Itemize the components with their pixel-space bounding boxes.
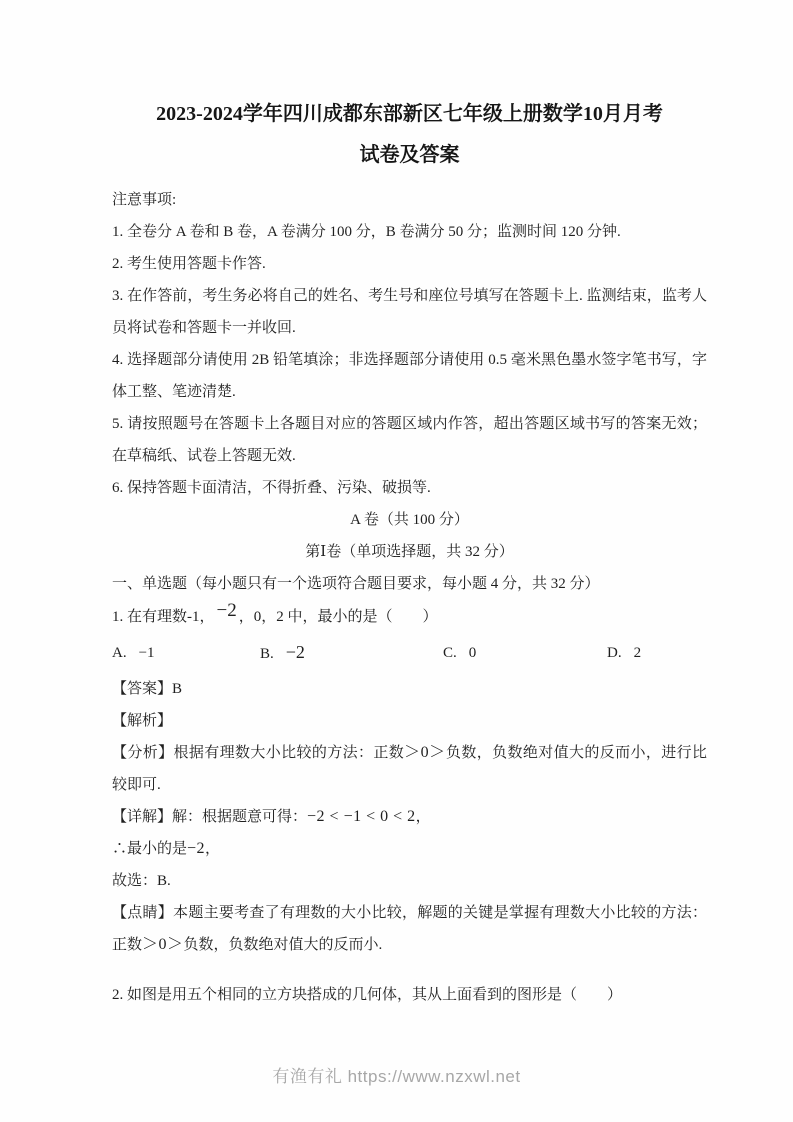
watermark-footer: 有渔有礼 https://www.nzxwl.net xyxy=(0,1062,793,1087)
q1-xiangjie-line: 【详解】解：根据题意可得：−2 < −1 < 0 < 2， xyxy=(112,801,707,833)
q1-xiangjie-comma: ， xyxy=(416,809,431,825)
q1-answer-label: 【答案】 xyxy=(112,681,172,697)
notice-item-1: 1. 全卷分 A 卷和 B 卷，A 卷满分 100 分，B 卷满分 50 分；监… xyxy=(112,216,707,248)
q1-option-b-value: −2 xyxy=(286,642,305,662)
q1-fenxi-text-1: 【分析】根据有理数大小比较的方法：正数 xyxy=(112,745,404,761)
notice-heading: 注意事项: xyxy=(112,184,707,216)
q1-option-b-label: B. xyxy=(260,646,274,662)
section-a-volume-heading: A 卷（共 100 分） xyxy=(112,504,707,536)
q1-option-c-value: 0 xyxy=(469,645,477,661)
paper-title-line2: 试卷及答案 xyxy=(112,135,707,176)
notice-item-3: 3. 在作答前，考生务必将自己的姓名、考生号和座位号填写在答题卡上. 监测结束，… xyxy=(112,280,707,344)
q1-options-row: A.−1 B.−2 C.0 D.2 xyxy=(112,633,707,673)
page-content: 2023-2024学年四川成都东部新区七年级上册数学10月月考 试卷及答案 注意… xyxy=(0,0,793,1011)
q1-option-c-label: C. xyxy=(443,645,457,661)
q1-choose-line: 故选：B. xyxy=(112,865,707,897)
q1-xiangjie-text: 【详解】解：根据题意可得： xyxy=(112,809,307,825)
q1-therefore-math: −2 xyxy=(187,840,205,857)
paper-title-line1: 2023-2024学年四川成都东部新区七年级上册数学10月月考 xyxy=(112,94,707,135)
q1-answer-line: 【答案】B xyxy=(112,673,707,705)
q1-therefore-line: ∴最小的是−2， xyxy=(112,833,707,865)
exam-paper-page: 2023-2024学年四川成都东部新区七年级上册数学10月月考 试卷及答案 注意… xyxy=(0,0,793,1122)
notice-section: 注意事项: 1. 全卷分 A 卷和 B 卷，A 卷满分 100 分，B 卷满分 … xyxy=(112,184,707,504)
q1-answer-value: B xyxy=(172,681,182,697)
q1-option-d-value: 2 xyxy=(634,645,642,661)
section-part1-heading: 第Ⅰ卷（单项选择题，共 32 分） xyxy=(112,536,707,568)
q1-option-a-value: −1 xyxy=(139,645,155,661)
q1-stem-math-neg2: −2 xyxy=(215,600,239,621)
q1-xiangjie-math: −2 < −1 < 0 < 2 xyxy=(307,808,416,825)
q1-fenxi-math: ＞0＞ xyxy=(404,744,446,761)
notice-item-2: 2. 考生使用答题卡作答. xyxy=(112,248,707,280)
q1-stem-prefix: 1. 在有理数-1， xyxy=(112,609,215,625)
q1-option-d: D.2 xyxy=(607,633,707,673)
notice-item-4: 4. 选择题部分请使用 2B 铅笔填涂；非选择题部分请使用 0.5 毫米黑色墨水… xyxy=(112,344,707,408)
q1-dianjing-math: ＞0＞ xyxy=(142,936,184,953)
q1-therefore-text: ∴最小的是 xyxy=(112,841,187,857)
q1-dianjing-paragraph: 【点睛】本题主要考查了有理数的大小比较，解题的关键是掌握有理数大小比较的方法：正… xyxy=(112,897,707,961)
q1-option-b: B.−2 xyxy=(260,632,443,674)
q2-stem: 2. 如图是用五个相同的立方块搭成的几何体，其从上面看到的图形是（ ） xyxy=(112,979,707,1011)
q1-fenxi-paragraph: 【分析】根据有理数大小比较的方法：正数＞0＞负数，负数绝对值大的反而小，进行比较… xyxy=(112,737,707,801)
q1-dianjing-text-2: 负数，负数绝对值大的反而小. xyxy=(184,937,383,953)
q1-stem-suffix: ，0，2 中，最小的是（ ） xyxy=(239,609,438,625)
notice-item-5: 5. 请按照题号在答题卡上各题目对应的答题区域内作答，超出答题区域书写的答案无效… xyxy=(112,408,707,472)
paper-title: 2023-2024学年四川成都东部新区七年级上册数学10月月考 试卷及答案 xyxy=(112,94,707,176)
q1-therefore-comma: ， xyxy=(205,841,220,857)
q1-option-c: C.0 xyxy=(443,633,607,673)
single-choice-intro: 一、单选题（每小题只有一个选项符合题目要求，每小题 4 分，共 32 分） xyxy=(112,568,707,600)
q1-analysis-label: 【解析】 xyxy=(112,705,707,737)
q1-stem: 1. 在有理数-1，−2，0，2 中，最小的是（ ） xyxy=(112,600,707,633)
q1-option-a-label: A. xyxy=(112,645,127,661)
q1-option-a: A.−1 xyxy=(112,633,260,673)
q1-option-d-label: D. xyxy=(607,645,622,661)
notice-item-6: 6. 保持答题卡面清洁，不得折叠、污染、破损等. xyxy=(112,472,707,504)
